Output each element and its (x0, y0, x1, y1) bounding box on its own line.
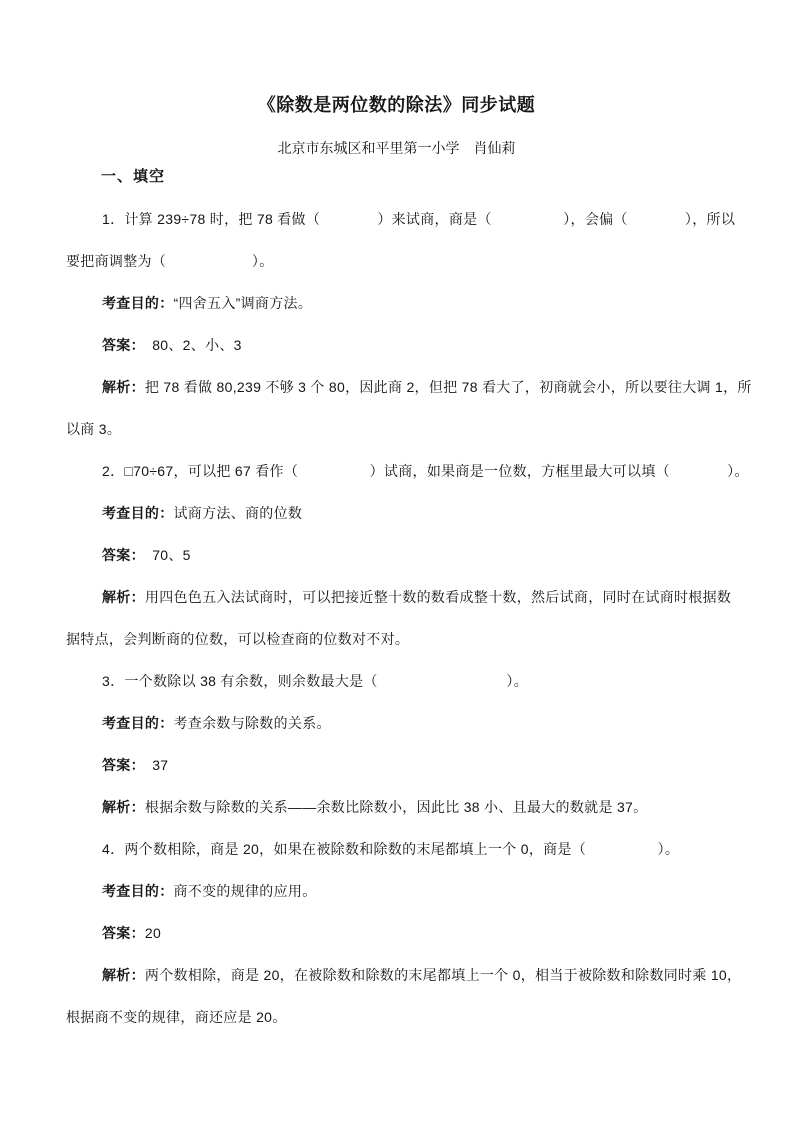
question-2-purpose: 考查目的：试商方法、商的位数 (66, 492, 730, 534)
document-body: 1．计算 239÷78 时，把 78 看做（ ）来试商，商是（ ），会偏（ ），… (66, 198, 730, 1038)
answer-label: 答案： (102, 757, 138, 773)
question-2-analysis-line-1: 解析：用四色色五入法试商时，可以把接近整十数的数看成整十数，然后试商，同时在试商… (66, 576, 730, 618)
question-3-analysis: 解析：根据余数与除数的关系——余数比除数小，因此比 38 小、且最大的数就是 3… (66, 786, 730, 828)
purpose-label: 考查目的： (102, 883, 174, 899)
question-text: 要把商调整为（ ）。 (66, 253, 274, 269)
analysis-text: 根据余数与除数的关系——余数比除数小，因此比 38 小、且最大的数就是 37。 (145, 799, 648, 815)
question-2-analysis-line-2: 据特点，会判断商的位数，可以检查商的位数对不对。 (66, 618, 730, 660)
question-2-line: 2．□70÷67，可以把 67 看作（ ）试商，如果商是一位数，方框里最大可以填… (66, 450, 730, 492)
answer-label: 答案： (102, 925, 145, 941)
analysis-text: 两个数相除，商是 20，在被除数和除数的末尾都填上一个 0，相当于被除数和除数同… (145, 967, 741, 983)
question-3-answer: 答案： 37 (66, 744, 730, 786)
purpose-label: 考查目的： (102, 715, 174, 731)
analysis-label: 解析： (102, 589, 145, 605)
question-3-purpose: 考查目的：考查余数与除数的关系。 (66, 702, 730, 744)
analysis-label: 解析： (102, 379, 145, 395)
section-heading: 一、填空 (101, 163, 165, 191)
purpose-text: 考查余数与除数的关系。 (174, 715, 331, 731)
question-1-analysis-line-1: 解析：把 78 看做 80,239 不够 3 个 80，因此商 2，但把 78 … (66, 366, 730, 408)
purpose-text: 试商方法、商的位数 (174, 505, 303, 521)
question-1-line-2: 要把商调整为（ ）。 (66, 240, 730, 282)
purpose-label: 考查目的： (102, 505, 174, 521)
analysis-text: 根据商不变的规律，商还应是 20。 (66, 1009, 287, 1025)
analysis-text: 据特点，会判断商的位数，可以检查商的位数对不对。 (66, 631, 409, 647)
question-1-analysis-line-2: 以商 3。 (66, 408, 730, 450)
answer-text: 37 (138, 757, 168, 773)
purpose-label: 考查目的： (102, 295, 174, 311)
question-4-line: 4．两个数相除，商是 20，如果在被除数和除数的末尾都填上一个 0，商是（ ）。 (66, 828, 730, 870)
question-text: 1．计算 239÷78 时，把 78 看做（ ）来试商，商是（ ），会偏（ ），… (102, 211, 735, 227)
question-1-purpose: 考查目的：“四舍五入”调商方法。 (66, 282, 730, 324)
answer-label: 答案： (102, 337, 138, 353)
question-4-answer: 答案：20 (66, 912, 730, 954)
analysis-text: 以商 3。 (66, 421, 121, 437)
question-4-analysis-line-2: 根据商不变的规律，商还应是 20。 (66, 996, 730, 1038)
answer-label: 答案： (102, 547, 138, 563)
question-4-analysis-line-1: 解析：两个数相除，商是 20，在被除数和除数的末尾都填上一个 0，相当于被除数和… (66, 954, 730, 996)
purpose-text: 商不变的规律的应用。 (174, 883, 317, 899)
question-text: 4．两个数相除，商是 20，如果在被除数和除数的末尾都填上一个 0，商是（ ）。 (102, 841, 679, 857)
question-3-line: 3．一个数除以 38 有余数，则余数最大是（ ）。 (66, 660, 730, 702)
purpose-text: “四舍五入”调商方法。 (174, 295, 313, 311)
page-title: 《除数是两位数的除法》同步试题 (0, 90, 793, 120)
analysis-label: 解析： (102, 967, 145, 983)
question-2-answer: 答案： 70、5 (66, 534, 730, 576)
question-1-line-1: 1．计算 239÷78 时，把 78 看做（ ）来试商，商是（ ），会偏（ ），… (66, 198, 730, 240)
question-1-answer: 答案： 80、2、小、3 (66, 324, 730, 366)
document-page: 《除数是两位数的除法》同步试题 北京市东城区和平里第一小学 肖仙莉 一、填空 1… (0, 0, 793, 1122)
answer-text: 80、2、小、3 (138, 337, 242, 353)
question-text: 2．□70÷67，可以把 67 看作（ ）试商，如果商是一位数，方框里最大可以填… (102, 463, 749, 479)
question-text: 3．一个数除以 38 有余数，则余数最大是（ ）。 (102, 673, 528, 689)
analysis-label: 解析： (102, 799, 145, 815)
answer-text: 20 (145, 925, 161, 941)
author-line: 北京市东城区和平里第一小学 肖仙莉 (0, 134, 793, 162)
answer-text: 70、5 (138, 547, 191, 563)
analysis-text: 用四色色五入法试商时，可以把接近整十数的数看成整十数，然后试商，同时在试商时根据… (145, 589, 731, 605)
question-4-purpose: 考查目的：商不变的规律的应用。 (66, 870, 730, 912)
analysis-text: 把 78 看做 80,239 不够 3 个 80，因此商 2，但把 78 看大了… (145, 379, 752, 395)
